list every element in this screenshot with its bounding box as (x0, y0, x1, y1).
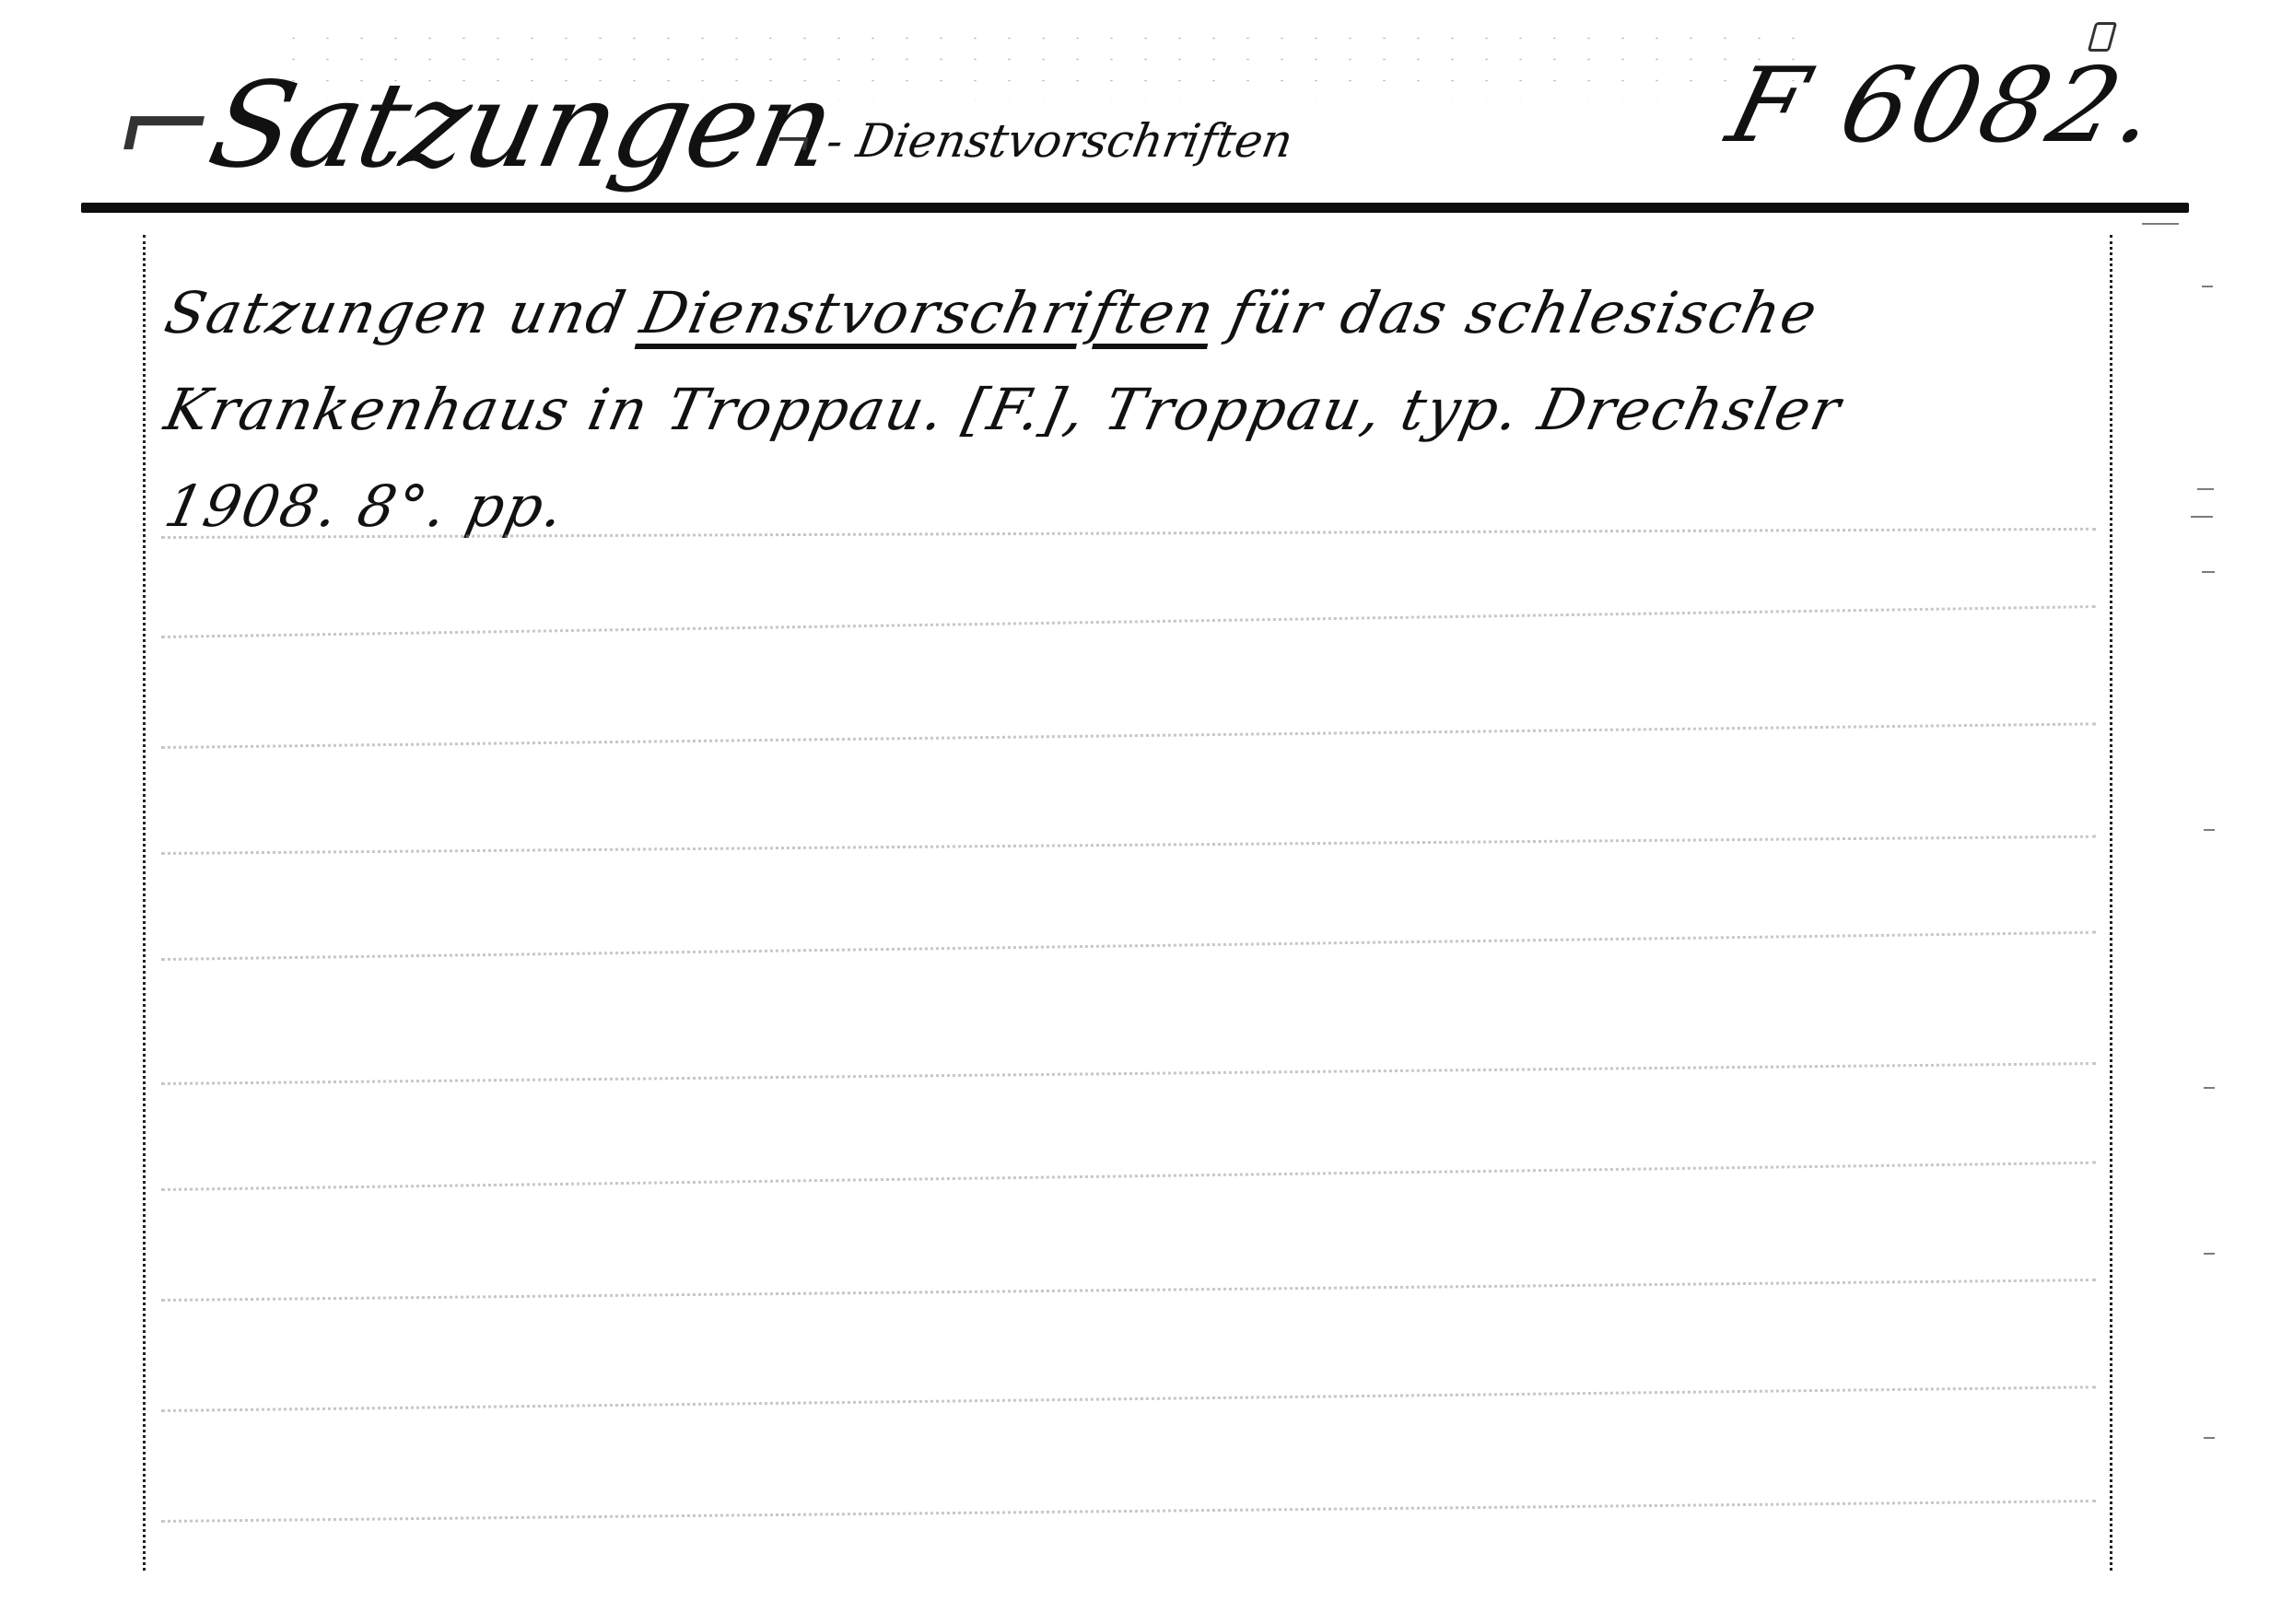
ruled-line (161, 1162, 2096, 1191)
entry-line-1: Satzungen undDienstvorschriftenfür das s… (158, 276, 1825, 350)
entry-title-underlined: Dienstvorschriften (635, 279, 1222, 346)
ruled-line (161, 1062, 2096, 1085)
ruled-line (161, 1279, 2096, 1302)
ruled-line (161, 722, 2096, 749)
ruled-line (161, 1500, 2096, 1523)
ruled-line (161, 835, 2096, 855)
ruled-line (161, 1385, 2096, 1412)
entry-title-start: Satzungen und (159, 279, 633, 346)
ruled-line (161, 931, 2096, 961)
catalog-card: ⌐Satzungen ¬ - Dienstvorschriften F 6082… (0, 0, 2270, 1624)
heading-text: Satzungen (198, 57, 845, 194)
entry-title-end: für das schlesische (1224, 279, 1825, 346)
call-number: F 6082. (1717, 46, 2172, 166)
margin-mark (2202, 571, 2215, 573)
card-heading: ⌐Satzungen (101, 57, 845, 195)
right-margin-border (2110, 235, 2112, 1571)
header-rule (81, 203, 2189, 213)
entry-line-2: Krankenhaus in Troppau. [F.], Troppau, t… (158, 373, 1848, 447)
margin-mark (2191, 516, 2213, 518)
margin-mark (2197, 488, 2214, 490)
entry-line-3: 1908. 8°. pp. (158, 470, 572, 543)
margin-mark (2204, 829, 2215, 831)
heading-close-bracket: ¬ (769, 114, 817, 168)
margin-mark (2204, 1437, 2215, 1439)
subheading-text: - Dienstvorschriften (823, 114, 1297, 168)
margin-mark (2204, 1087, 2215, 1089)
margin-mark (2204, 1253, 2215, 1255)
left-margin-border (143, 235, 146, 1571)
margin-mark (2202, 286, 2213, 287)
margin-mark (2142, 223, 2179, 225)
ruled-line (161, 605, 2096, 638)
card-subheading: ¬ - Dienstvorschriften (768, 109, 1298, 173)
